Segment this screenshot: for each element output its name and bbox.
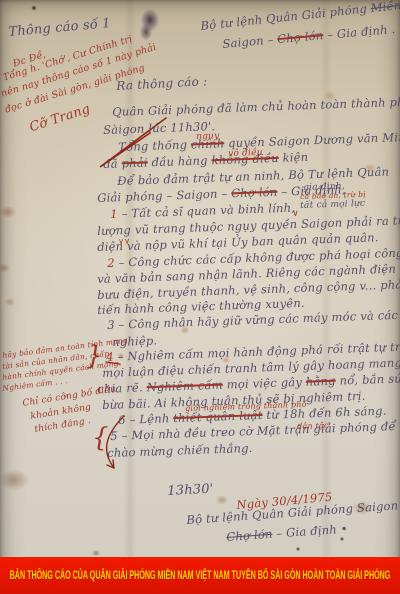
caption-text: BẢN THÔNG CÁO CỦA QUÂN GIẢI PHÓNG MIỀN N… [10,570,391,582]
document-photo: Thông cáo số 1Bộ tư lệnh Quân Giải phóng… [0,0,400,594]
caption-bar: BẢN THÔNG CÁO CỦA QUÂN GIẢI PHÓNG MIỀN N… [0,557,400,594]
aged-paper [0,0,400,594]
